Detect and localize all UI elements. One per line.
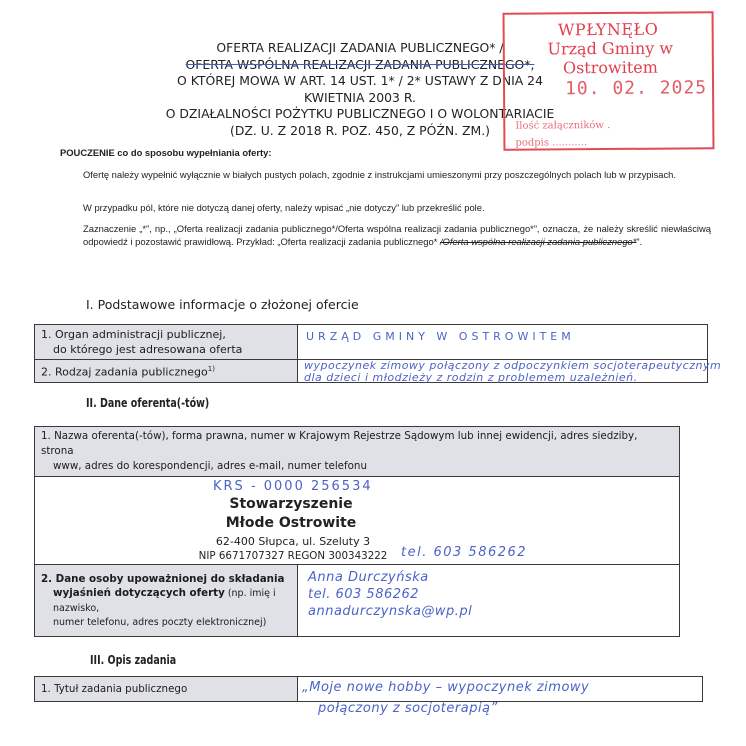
table-row: 1. Organ administracji publicznej, do kt… [35, 325, 708, 360]
org-ids: NIP 6671707327 REGON 300343222 [193, 549, 393, 563]
org-name-line-2: Młode Ostrowite [221, 514, 361, 533]
table-row: KRS - 0000 256534 Stowarzyszenie Młode O… [35, 477, 680, 565]
section-2-table: 1. Nazwa oferenta(-tów), forma prawna, n… [34, 426, 680, 637]
task-title-line-1: „Moje nowe hobby – wypoczynek zimowy [302, 677, 682, 698]
org-address-block: 62-400 Słupca, ul. Szeluty 3 NIP 6671707… [193, 535, 393, 563]
stamp-attachments: Ilość załączników . [515, 120, 610, 132]
label-organ-line-2: do którego jest adresowana oferta [41, 342, 291, 357]
org-name-line-1: Stowarzyszenie [221, 495, 361, 514]
table-row: 1. Tytuł zadania publicznego „Moje nowe … [35, 677, 703, 702]
phone-handwritten: tel. 603 586262 [401, 545, 527, 560]
instructions-heading-rest: co do sposobu wypełniania oferty: [115, 147, 272, 158]
section-1-table: 1. Organ administracji publicznej, do kt… [34, 324, 708, 383]
footnote-marker: 1) [208, 365, 215, 373]
table-row: 2. Dane osoby upoważnionej do składania … [35, 565, 680, 637]
instructions-para-3-end: ”. [636, 236, 642, 247]
contact-phone: tel. 603 586262 [308, 586, 472, 603]
table-row: 1. Nazwa oferenta(-tów), forma prawna, n… [35, 427, 680, 477]
label-offerer-line-1: 1. Nazwa oferenta(-tów), forma prawna, n… [41, 430, 637, 457]
contact-name: Anna Durczyńska [308, 569, 472, 586]
instructions-heading: POUCZENIE co do sposobu wypełniania ofer… [60, 146, 660, 159]
section-2-heading: II. Dane oferenta(-tów) [86, 396, 209, 410]
table-row: 2. Rodzaj zadania publicznego1) wypoczyn… [35, 360, 708, 383]
contact-person-value: Anna Durczyńska tel. 603 586262 annadurc… [308, 569, 472, 620]
label-contact-line-3: numer telefonu, adres poczty elektronicz… [41, 616, 291, 630]
krs-handwritten: KRS - 0000 256534 [213, 479, 373, 494]
stamp-date: 10. 02. 2025 [565, 77, 707, 99]
label-offerer-name: 1. Nazwa oferenta(-tów), forma prawna, n… [35, 427, 680, 477]
field-task-title[interactable]: „Moje nowe hobby – wypoczynek zimowy poł… [298, 677, 703, 702]
field-contact-person[interactable]: Anna Durczyńska tel. 603 586262 annadurc… [298, 565, 680, 637]
stamp-received-label: WPŁYNĘŁO [505, 19, 712, 39]
label-contact-person: 2. Dane osoby upoważnionej do składania … [35, 565, 298, 637]
field-offerer-details[interactable]: KRS - 0000 256534 Stowarzyszenie Młode O… [35, 477, 680, 565]
label-contact-line-1: 2. Dane osoby upoważnionej do składania [41, 573, 285, 585]
label-organ: 1. Organ administracji publicznej, do kt… [35, 325, 298, 360]
instructions-para-3-struck: /Oferta wspólna realizacji zadania publi… [440, 236, 636, 247]
field-organ-value: URZĄD GMINY W OSTROWITEM [306, 330, 575, 343]
instructions-para-3: Zaznaczenie „*”, np., „Oferta realizacji… [83, 222, 711, 248]
received-stamp: WPŁYNĘŁO Urząd Gminy w Ostrowitem 10. 02… [503, 11, 715, 150]
section-1-heading: I. Podstawowe informacje o złożonej ofer… [86, 297, 359, 312]
instructions-para-1: Ofertę należy wypełnić wyłącznie w biały… [83, 168, 711, 181]
label-organ-line-1: 1. Organ administracji publicznej, [41, 328, 226, 341]
org-name: Stowarzyszenie Młode Ostrowite [221, 495, 361, 533]
field-task-type[interactable]: wypoczynek zimowy połączony z odpoczynki… [298, 360, 708, 383]
stamp-office-name: Urząd Gminy w Ostrowitem [509, 38, 712, 77]
contact-email: annadurczynska@wp.pl [308, 603, 472, 620]
section-3-heading: III. Opis zadania [90, 653, 176, 667]
label-task-title: 1. Tytuł zadania publicznego [35, 677, 298, 702]
task-title-value: „Moje nowe hobby – wypoczynek zimowy poł… [302, 677, 682, 719]
instructions-heading-bold: POUCZENIE [60, 147, 115, 158]
field-organ[interactable]: URZĄD GMINY W OSTROWITEM [298, 325, 708, 360]
org-address: 62-400 Słupca, ul. Szeluty 3 [193, 535, 393, 549]
task-title-line-2: połączony z socjoterapią” [302, 698, 682, 719]
field-task-type-value: wypoczynek zimowy połączony z odpoczynki… [304, 360, 724, 384]
label-task-type-text: 2. Rodzaj zadania publicznego [41, 366, 208, 379]
label-task-type: 2. Rodzaj zadania publicznego1) [35, 360, 298, 383]
label-offerer-line-2: www, adres do korespondencji, adres e-ma… [41, 459, 673, 474]
label-contact-line-2-bold: wyjaśnień dotyczących oferty [53, 587, 225, 599]
instructions-para-2: W przypadku pól, które nie dotyczą danej… [83, 201, 711, 214]
section-3-table: 1. Tytuł zadania publicznego „Moje nowe … [34, 676, 703, 702]
